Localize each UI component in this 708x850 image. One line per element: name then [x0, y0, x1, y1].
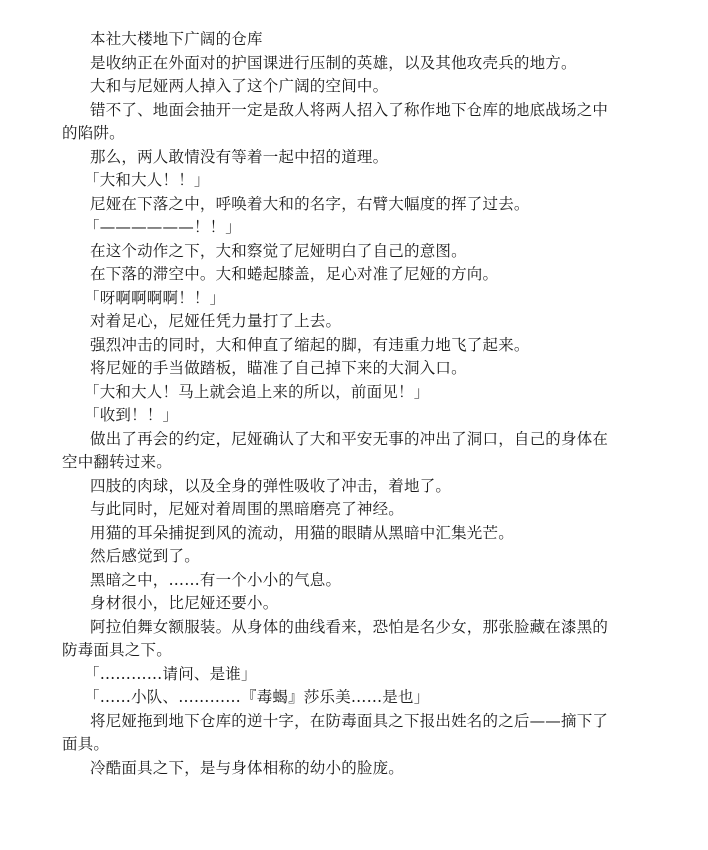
- paragraph: 将尼娅的手当做踏板，瞄准了自己掉下来的大洞入口。: [62, 357, 610, 381]
- dialogue-line: 「…………请问、是谁」: [62, 663, 610, 687]
- paragraph: 错不了、地面会抽开一定是敌人将两人招入了称作地下仓库的地底战场之中的陷阱。: [62, 99, 610, 146]
- paragraph: 四肢的肉球，以及全身的弹性吸收了冲击，着地了。: [62, 475, 610, 499]
- paragraph: 大和与尼娅两人掉入了这个广阔的空间中。: [62, 75, 610, 99]
- paragraph: 将尼娅拖到地下仓库的逆十字，在防毒面具之下报出姓名的之后——摘下了面具。: [62, 710, 610, 757]
- paragraph: 在下落的滞空中。大和蜷起膝盖，足心对准了尼娅的方向。: [62, 263, 610, 287]
- paragraph: 做出了再会的约定，尼娅确认了大和平安无事的冲出了洞口，自己的身体在空中翻转过来。: [62, 428, 610, 475]
- paragraph: 身材很小，比尼娅还要小。: [62, 592, 610, 616]
- paragraph: 对着足心，尼娅任凭力量打了上去。: [62, 310, 610, 334]
- paragraph: 冷酷面具之下，是与身体相称的幼小的脸庞。: [62, 757, 610, 781]
- dialogue-line: 「大和大人！马上就会追上来的所以，前面见！」: [62, 381, 610, 405]
- dialogue-line: 「大和大人！！」: [62, 169, 610, 193]
- paragraph: 用猫的耳朵捕捉到风的流动，用猫的眼睛从黑暗中汇集光芒。: [62, 522, 610, 546]
- dialogue-line: 「……小队、…………『毒蝎』莎乐美……是也」: [62, 686, 610, 710]
- paragraph: 在这个动作之下，大和察觉了尼娅明白了自己的意图。: [62, 240, 610, 264]
- paragraph: 本社大楼地下广阔的仓库: [62, 28, 610, 52]
- paragraph: 那么，两人敢情没有等着一起中招的道理。: [62, 146, 610, 170]
- paragraph: 然后感觉到了。: [62, 545, 610, 569]
- document-page: 本社大楼地下广阔的仓库 是收纳正在外面对的护国课进行压制的英雄，以及其他攻壳兵的…: [62, 28, 610, 780]
- paragraph: 是收纳正在外面对的护国课进行压制的英雄，以及其他攻壳兵的地方。: [62, 52, 610, 76]
- paragraph: 黑暗之中，……有一个小小的气息。: [62, 569, 610, 593]
- dialogue-line: 「呀啊啊啊啊！！」: [62, 287, 610, 311]
- paragraph: 与此同时，尼娅对着周围的黑暗磨亮了神经。: [62, 498, 610, 522]
- paragraph: 阿拉伯舞女额服装。从身体的曲线看来，恐怕是名少女，那张脸藏在漆黑的防毒面具之下。: [62, 616, 610, 663]
- paragraph: 尼娅在下落之中，呼唤着大和的名字，右臂大幅度的挥了过去。: [62, 193, 610, 217]
- dialogue-line: 「收到！！」: [62, 404, 610, 428]
- dialogue-line: 「——————！！」: [62, 216, 610, 240]
- paragraph: 强烈冲击的同时，大和伸直了缩起的脚，有违重力地飞了起来。: [62, 334, 610, 358]
